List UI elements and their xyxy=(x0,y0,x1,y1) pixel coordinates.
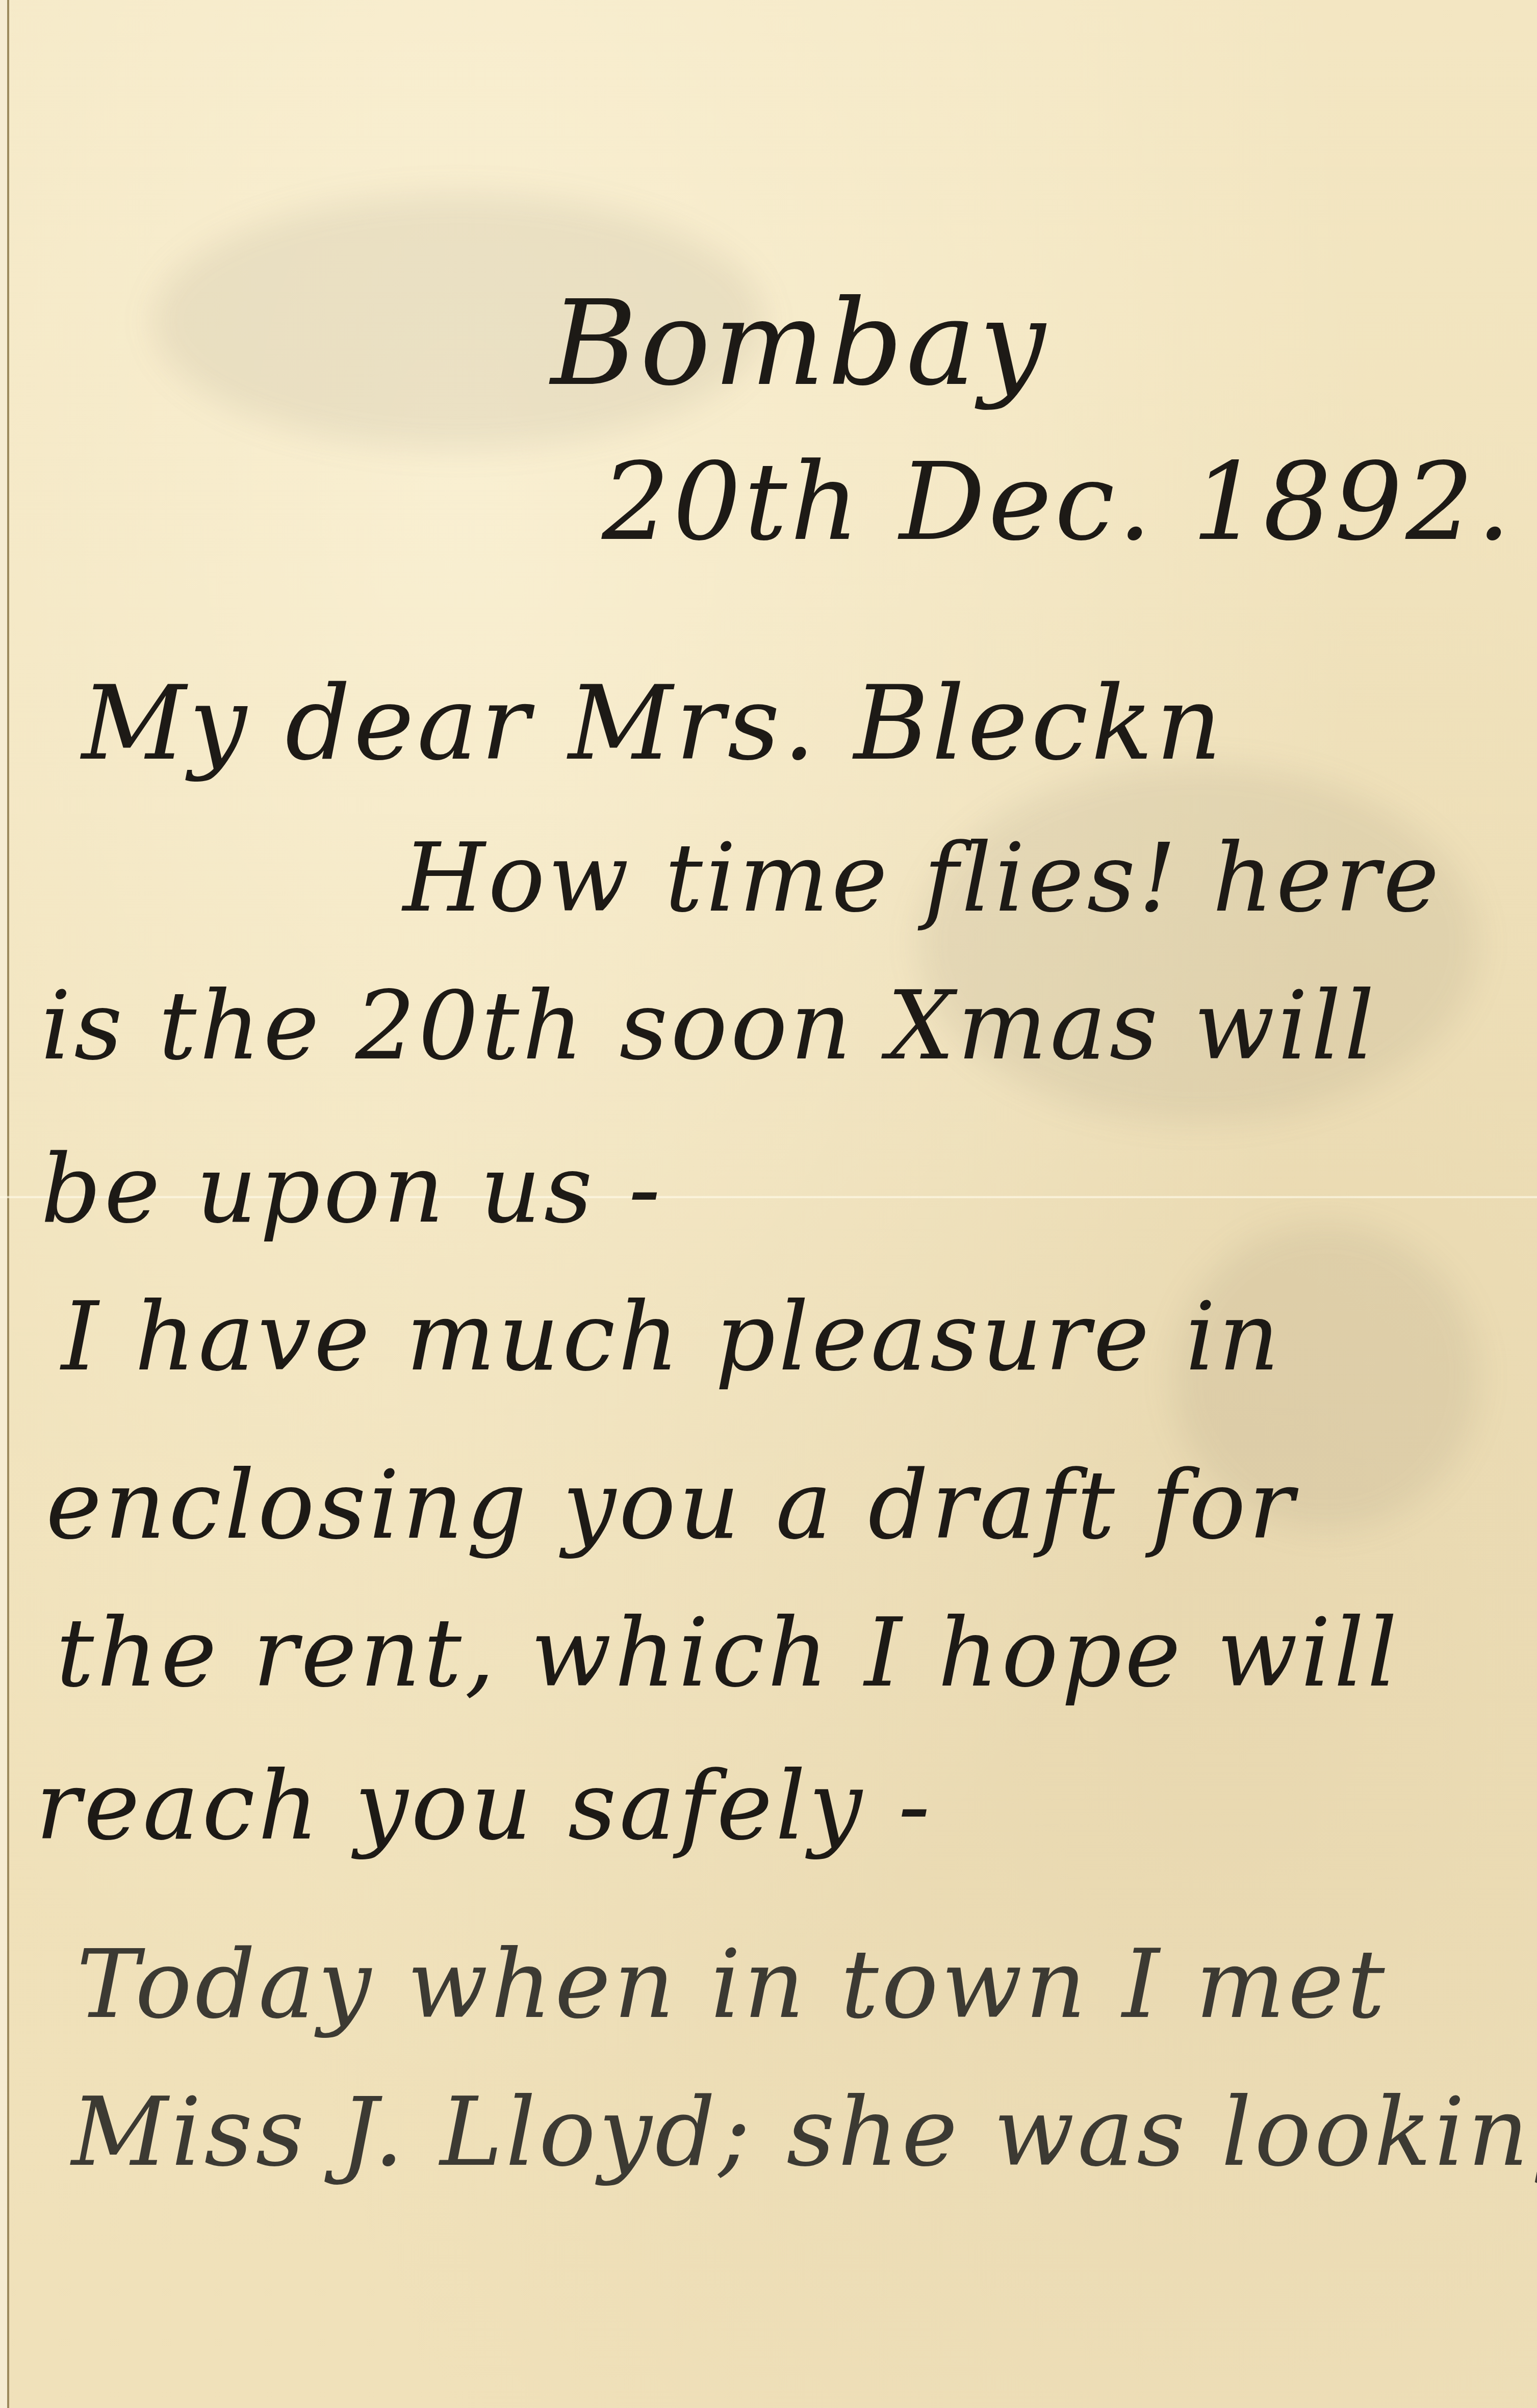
letter-line: enclosing you a draft for xyxy=(46,1458,1297,1552)
letter-salutation: My dear Mrs. Bleckn xyxy=(82,673,1225,775)
letter-line: How time flies! here xyxy=(403,831,1442,925)
letter-line: Miss J. Lloyd; she was looking xyxy=(71,2085,1537,2180)
paper-left-edge xyxy=(0,0,9,2408)
letter-place: Bombay xyxy=(551,286,1048,403)
letter-line: is the 20th soon Xmas will xyxy=(41,979,1377,1073)
letter-line: reach you safely - xyxy=(36,1759,933,1853)
letter-line: Today when in town I met xyxy=(76,1937,1388,2032)
letter-line: I have much pleasure in xyxy=(61,1290,1283,1384)
letter-line: be upon us - xyxy=(41,1142,663,1236)
letter-date: 20th Dec. 1892. xyxy=(602,449,1514,556)
letter-line: the rent, which I hope will xyxy=(56,1606,1400,1700)
